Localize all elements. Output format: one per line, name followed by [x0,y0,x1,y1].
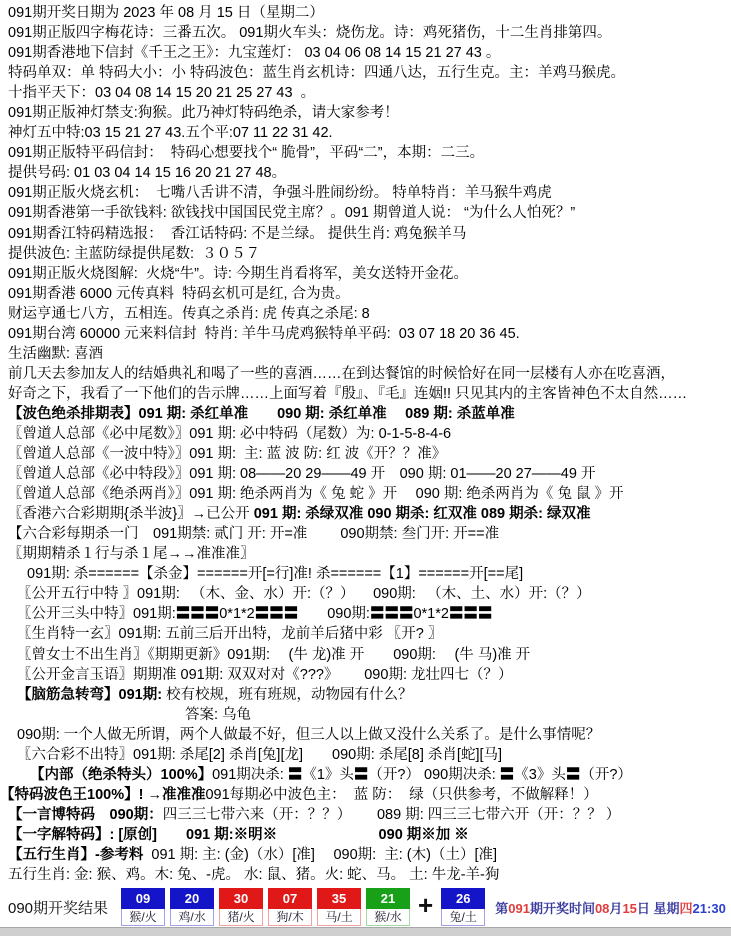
text-segment: 神灯五中特:03 15 21 27 43.五个平:07 11 22 31 42. [8,125,333,141]
text-line: 十指平天下：03 04 08 14 15 20 21 25 27 43 。 [0,83,731,103]
text-line: 答案: 乌龟 [0,705,731,725]
next-draw-segment: 21:30 [693,901,726,916]
text-line: 【特码波色王100%】! →准准准091每期必中波色主： 蓝 防： 绿（只供参考… [0,785,731,805]
text-line: 〖香港六合彩期期{杀半波}〗→已公开 091 期: 杀绿双准 090 期杀: 红… [0,504,731,524]
text-segment: 091期正版火烧图解: 火烧“牛”。诗: 今期生肖看将军，美女送特开金花。 [8,266,468,282]
text-segment: 【一言博特码 090期： [8,807,163,823]
text-segment: 【六合彩每期杀一门 091期禁: 贰门 开: 开=准 090期禁: 叁门开: 开… [8,526,499,542]
text-segment: 〓〓〓 [255,606,299,622]
text-segment: 好奇之下，我看了一下他们的告示牌……上面写着『殷』、『毛』连姻!! 只见其内的主… [8,386,687,402]
result-ball: 20鸡/水 [170,888,214,926]
result-ball: 21猴/水 [366,888,410,926]
next-draw-segment: 15 [622,901,636,916]
text-line: 090期: 一个人做无所谓，两个人做最不好，但三人以上做又没什么关系了。是什么事… [0,725,731,745]
text-segment: 五行生肖: 金: 猴、鸡。木: 兔、-虎。 水: 鼠、猪。火: 蛇、马。 土: … [8,867,499,883]
text-line: 〖曾道人总部《必中尾数》〗091 期: 必中特码（尾数）为: 0-1-5-8-4… [0,424,731,444]
text-segment: 091期正版特平码信封： 特码心想要找个“ 脆骨”，平码“二”，本期：二三。 [8,145,484,161]
result-ball: 30猪/火 [219,888,263,926]
text-segment: 090期: [298,606,370,622]
text-line: 〖生肖特一玄〗091期: 五前三后开出特，龙前羊后猪中彩 〖开? 〗 [0,624,731,644]
text-segment: 〖生肖特一玄〗091期: 五前三后开出特，龙前羊后猪中彩 〖开? 〗 [17,626,442,642]
text-line: 特码单双：单 特码大小：小 特码波色：蓝生肖玄机诗：四通八达，五行生克。主：羊鸡… [0,63,731,83]
text-line: 提供波色: 主蓝防绿提供尾数: ３０５７ [0,244,731,264]
lottery-tips-page: 091期开奖日期为 2023 年 08 月 15 日（星期二）091期正版四字梅… [0,0,731,936]
next-draw-info: 第091期开奖时间08月15日 星期四21:30 [495,898,726,917]
ball-number: 21 [366,888,410,909]
text-line: 〖公开三头中特〗091期:〓〓〓0*1*2〓〓〓 090期:〓〓〓0*1*2〓〓… [0,604,731,624]
text-segment: 〓〓〓 [176,606,220,622]
text-line: 【脑筋急转弯】091期: 校有校规，班有班规，动物园有什么？ [0,685,731,705]
text-segment: 【五行生肖】-参考料 [8,847,143,863]
text-segment: 提供波色: 主蓝防绿提供尾数: ３０５７ [8,246,260,262]
text-segment: 〖香港六合彩期期{杀半波}〗→已公开 [8,506,254,522]
text-segment: 〓〓〓 [449,606,493,622]
text-segment: 〓 [566,767,581,783]
next-draw-segment: 月 [609,901,622,916]
text-segment: （开?） 090期决杀: [368,767,499,783]
result-balls: 09猴/火20鸡/水30猪/火07狗/木35马/土21猴/水 [116,888,410,926]
text-line: 【一字解特码】: [原创] 091 期:※明※ 090 期※加 ※ [0,825,731,845]
text-line: 091期开奖日期为 2023 年 08 月 15 日（星期二） [0,3,731,23]
ball-number: 09 [121,888,165,909]
result-ball: 07狗/木 [268,888,312,926]
text-segment: 〓 [500,767,515,783]
text-segment: 090期: 一个人做无所谓，两个人做最不好，但三人以上做又没什么关系了。是什么事… [17,727,600,743]
text-segment: 091期正版火烧玄机： 七嘴八舌讲不清，争强斗胜闹纷纷。 特单特肖：羊马猴牛鸡虎 [8,185,552,201]
text-segment: 〖曾道人总部《必中尾数》〗091 期: 必中特码（尾数）为: 0-1-5-8-4… [8,426,451,442]
text-segment: 特码单双：单 特码大小：小 特码波色：蓝生肖玄机诗：四通八达，五行生克。主：羊鸡… [8,65,625,81]
text-segment: 生活幽默: 喜酒 [8,346,103,362]
text-segment: 答案: 乌龟 [185,707,251,723]
text-segment: 091 期: 杀绿双准 090 期杀: 红双准 089 期杀: 绿双准 [254,506,591,522]
text-segment: 《3》头 [514,767,566,783]
text-segment: 〓 [354,767,369,783]
text-line: 091期正版火烧玄机： 七嘴八舌讲不清，争强斗胜闹纷纷。 特单特肖：羊马猴牛鸡虎 [0,183,731,203]
text-segment: 《1》头 [302,767,354,783]
text-segment: 091期香港地下信封《千王之王》：九宝莲灯： 03 04 06 08 14 15… [8,45,500,61]
text-segment: 091期: 杀======【杀金】======开[=行]准! 杀======【1… [27,566,523,582]
bottom-scroll-strip [0,927,731,936]
text-line: 〖曾道人总部《必中特段》〗091 期: 08——20 29——49 开 090 … [0,464,731,484]
text-line: 091期香江特码精选报： 香江话特码: 不是兰绿。 提供生肖: 鸡兔猴羊马 [0,224,731,244]
result-label: 090期开奖结果 [8,897,108,918]
text-line: 【波色绝杀排期表】091 期: 杀红单准 090 期: 杀红单准 089 期: … [0,404,731,424]
text-line: 〖曾道人总部《一波中特》〗091 期: 主: 蓝 波 防: 红 波《开？？准》 [0,444,731,464]
text-segment: 【内部（绝杀特头）100%】 [30,767,212,783]
text-segment: 091期香港第一手欲钱料: 欲钱找中国国民党主席？。091 期曾道人说： “为什… [8,205,575,221]
text-line: 091期正版火烧图解: 火烧“牛”。诗: 今期生肖看将军，美女送特开金花。 [0,264,731,284]
text-segment: 【波色绝杀排期表】091 期: 杀红单准 090 期: 杀红单准 089 期: … [8,406,515,422]
text-line: 〖曾女士不出生肖〗《期期更新》091期: (牛 龙)准 开 090期: (牛 马… [0,645,731,665]
text-segment: 0*1*2 [219,606,254,622]
text-segment: 0*1*2 [413,606,448,622]
special-ball-slot: 26兔/土 [436,888,485,926]
text-segment: 〖公开五行中特 〗091期: （木、金、水）开:（？） 090期: （木、土、水… [17,586,591,602]
next-draw-segment: 091 [508,901,530,916]
text-segment: 四三三七带六来（开：？？） 089 期: 四三三七带六开（开：？？ ） [163,807,621,823]
ball-number: 26 [441,888,485,909]
ball-zodiac-element: 狗/木 [268,909,312,926]
text-segment: （开?） [580,767,632,783]
text-segment: 【一字解特码】: [原创] 091 期:※明※ 090 期※加 ※ [8,827,469,843]
next-draw-segment: 08 [595,901,609,916]
text-segment: 〖公开三头中特〗091期: [17,606,176,622]
next-draw-segment: 四 [680,901,693,916]
text-segment: 财运亨通七八方，五相连。传真之杀肖: 虎 传真之杀尾: 8 [8,306,370,322]
text-segment: 提供号码: 01 03 04 14 15 16 20 21 27 48。 [8,165,286,181]
text-segment: 091期台湾 60000 元来料信封 特肖: 羊牛马虎鸡猴特单平码: 03 07… [8,326,520,342]
text-line: 091期正版四字梅花诗：三番五次。 091期火车头：烧伤龙。诗：鸡死猪伤，十二生… [0,23,731,43]
text-segment: 091期正版神灯禁支:狗猴。此乃神灯特码绝杀，请大家参考！ [8,105,399,121]
result-bar: 090期开奖结果 09猴/火20鸡/水30猪/火07狗/木35马/土21猴/水 … [0,886,731,928]
text-line: 091期: 杀======【杀金】======开[=行]准! 杀======【1… [0,564,731,584]
ball-number: 30 [219,888,263,909]
text-line: 神灯五中特:03 15 21 27 43.五个平:07 11 22 31 42. [0,123,731,143]
text-segment: 091期开奖日期为 2023 年 08 月 15 日（星期二） [8,5,324,21]
ball-zodiac-element: 兔/土 [441,909,485,926]
text-line: 五行生肖: 金: 猴、鸡。木: 兔、-虎。 水: 鼠、猪。火: 蛇、马。 土: … [0,865,731,885]
result-ball: 09猴/火 [121,888,165,926]
text-segment: 〖公开金言玉语〗期期准 091期: 双双对对《???》 090期: 龙壮四七（？… [17,667,513,683]
text-segment: 091期香港 6000 元传真料 特码玄机可是红, 合为贵。 [8,286,350,302]
text-line: 【六合彩每期杀一门 091期禁: 贰门 开: 开=准 090期禁: 叁门开: 开… [0,524,731,544]
text-line: 091期香港第一手欲钱料: 欲钱找中国国民党主席？。091 期曾道人说： “为什… [0,203,731,223]
text-line: 好奇之下，我看了一下他们的告示牌……上面写着『殷』、『毛』连姻!! 只见其内的主… [0,384,731,404]
text-line: 〖公开五行中特 〗091期: （木、金、水）开:（？） 090期: （木、土、水… [0,584,731,604]
text-segment: 十指平天下：03 04 08 14 15 20 21 25 27 43 。 [8,85,315,101]
text-segment: 〖六合彩不出特〗091期: 杀尾[2] 杀肖[兔][龙] 090期: 杀尾[8]… [17,747,502,763]
text-segment: 〓〓〓 [370,606,414,622]
next-draw-segment: 期开奖时间 [530,901,595,916]
ball-zodiac-element: 马/土 [317,909,361,926]
text-segment: 〖曾道人总部《必中特段》〗091 期: 08——20 29——49 开 090 … [8,466,595,482]
next-draw-segment: 第 [495,901,508,916]
text-segment: 091每期必中波色主： 蓝 防： 绿（只供参考，不做解释！） [205,787,597,803]
text-segment: 091期正版四字梅花诗：三番五次。 091期火车头：烧伤龙。诗：鸡死猪伤，十二生… [8,25,611,41]
text-segment: 校有校规，班有班规，动物园有什么？ [162,687,413,703]
ball-number: 07 [268,888,312,909]
ball-zodiac-element: 猴/水 [366,909,410,926]
ball-zodiac-element: 猴/火 [121,909,165,926]
result-ball: 35马/土 [317,888,361,926]
text-line: 〖公开金言玉语〗期期准 091期: 双双对对《???》 090期: 龙壮四七（？… [0,665,731,685]
text-segment: 〖曾道人总部《一波中特》〗091 期: 主: 蓝 波 防: 红 波《开？？准》 [8,446,446,462]
text-segment: 前几天去参加友人的结婚典礼和喝了一些的喜酒……在到达餐馆的时候恰好在同一层楼有人… [8,366,675,382]
text-line: 【五行生肖】-参考料 091 期: 主: (金)（水）[准] 090期: 主: … [0,845,731,865]
text-line: 提供号码: 01 03 04 14 15 16 20 21 27 48。 [0,163,731,183]
text-segment: 〖期期精杀１行与杀１尾→→准准准〗 [8,546,255,562]
special-ball: 26兔/土 [441,888,485,926]
text-segment: 〖曾女士不出生肖〗《期期更新》091期: (牛 龙)准 开 090期: (牛 马… [17,647,530,663]
tips-text-area: 091期开奖日期为 2023 年 08 月 15 日（星期二）091期正版四字梅… [0,0,731,889]
next-draw-segment: 日 星期 [637,901,680,916]
text-line: 生活幽默: 喜酒 [0,344,731,364]
text-segment: 【脑筋急转弯】091期: [17,687,162,703]
text-line: 091期台湾 60000 元来料信封 特肖: 羊牛马虎鸡猴特单平码: 03 07… [0,324,731,344]
ball-zodiac-element: 鸡/水 [170,909,214,926]
text-line: 财运亨通七八方，五相连。传真之杀肖: 虎 传真之杀尾: 8 [0,304,731,324]
text-line: 〖六合彩不出特〗091期: 杀尾[2] 杀肖[兔][龙] 090期: 杀尾[8]… [0,745,731,765]
text-segment: 〖曾道人总部《绝杀两肖》〗091 期: 绝杀两肖为《 兔 蛇 》开 090 期:… [8,486,624,502]
text-line: 091期香港地下信封《千王之王》：九宝莲灯： 03 04 06 08 14 15… [0,43,731,63]
text-segment: 091期香江特码精选报： 香江话特码: 不是兰绿。 提供生肖: 鸡兔猴羊马 [8,226,466,242]
text-line: 【一言博特码 090期：四三三七带六来（开：？？） 089 期: 四三三七带六开… [0,805,731,825]
text-line: 〖曾道人总部《绝杀两肖》〗091 期: 绝杀两肖为《 兔 蛇 》开 090 期:… [0,484,731,504]
ball-number: 35 [317,888,361,909]
text-line: 〖期期精杀１行与杀１尾→→准准准〗 [0,544,731,564]
text-segment: 091 期: 主: (金)（水）[准] 090期: 主: (木)（土）[准] [143,847,497,863]
text-line: 091期正版神灯禁支:狗猴。此乃神灯特码绝杀，请大家参考！ [0,103,731,123]
text-line: 091期香港 6000 元传真料 特码玄机可是红, 合为贵。 [0,284,731,304]
ball-zodiac-element: 猪/火 [219,909,263,926]
text-line: 前几天去参加友人的结婚典礼和喝了一些的喜酒……在到达餐馆的时候恰好在同一层楼有人… [0,364,731,384]
text-line: 【内部（绝杀特头）100%】091期决杀: 〓《1》头〓（开?） 090期决杀:… [0,765,731,785]
plus-sign: + [418,890,433,921]
text-segment: 091期决杀: [212,767,288,783]
text-segment: 【特码波色王100%】! →准准准 [0,787,205,803]
text-line: 091期正版特平码信封： 特码心想要找个“ 脆骨”，平码“二”，本期：二三。 [0,143,731,163]
text-segment: 〓 [288,767,303,783]
ball-number: 20 [170,888,214,909]
